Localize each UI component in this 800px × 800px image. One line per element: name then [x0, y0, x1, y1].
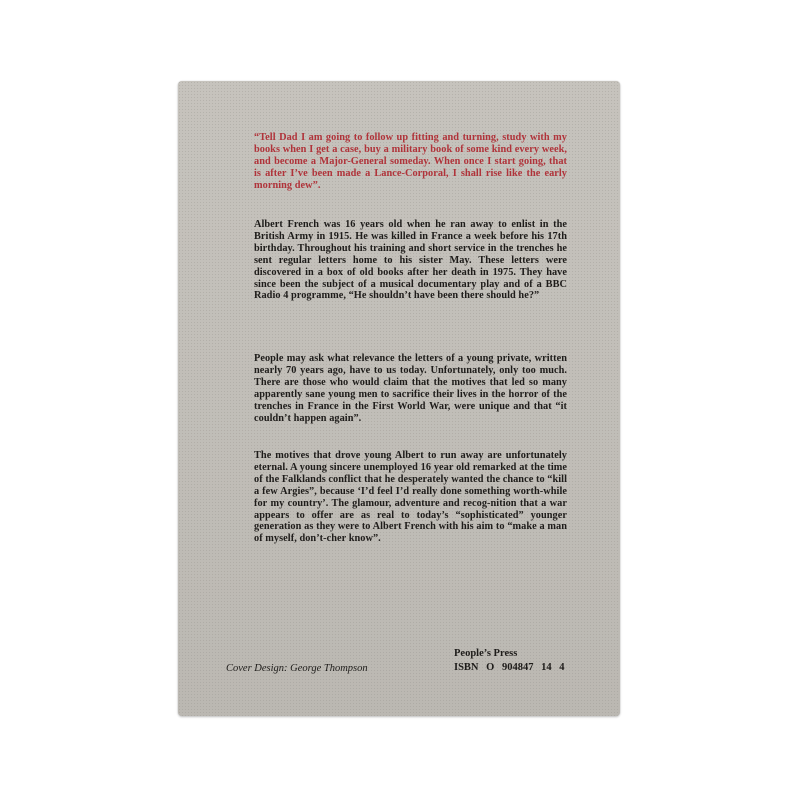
blurb-paragraph-3: The motives that drove young Albert to r…: [254, 450, 567, 545]
isbn-publisher: 904847: [502, 662, 534, 673]
publisher-block: People’s Press ISBN O 904847 14 4: [454, 647, 569, 674]
isbn-title: 14: [541, 662, 552, 673]
isbn-check: 4: [559, 662, 564, 673]
publisher-name: People’s Press: [454, 647, 569, 661]
cover-design-credit: Cover Design: George Thompson: [226, 663, 368, 674]
isbn-label: ISBN: [454, 662, 479, 673]
blurb-paragraph-2: People may ask what relevance the letter…: [254, 353, 567, 424]
book-back-cover: “Tell Dad I am going to follow up fittin…: [178, 81, 620, 716]
isbn-group: O: [486, 662, 494, 673]
blurb-paragraph-1: Albert French was 16 years old when he r…: [254, 219, 567, 302]
isbn: ISBN O 904847 14 4: [454, 661, 569, 675]
pull-quote: “Tell Dad I am going to follow up fittin…: [254, 132, 567, 192]
